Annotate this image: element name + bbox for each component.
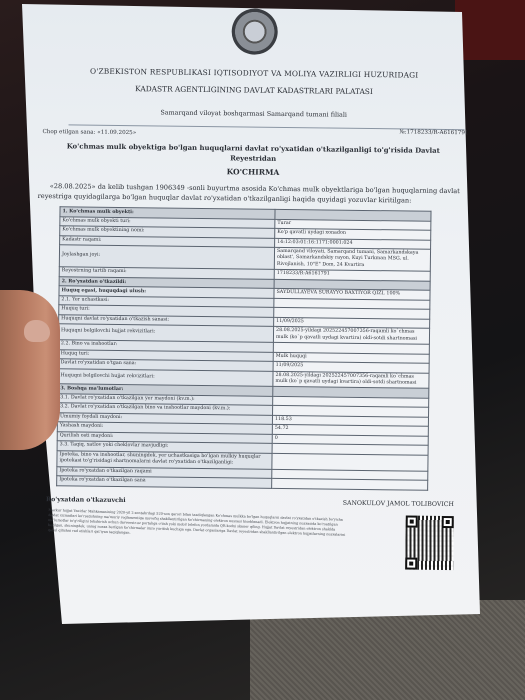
document-number: №:1718233/R-A6161791 (399, 129, 468, 140)
ministry-heading: O'ZBEKISTON RESPUBLIKASI IQTISODIYOT VA … (39, 66, 469, 80)
holding-thumb (0, 290, 60, 450)
row-value: 28.08.2025-yildagi 202522457007356-raqam… (273, 327, 429, 345)
agency-heading: KADASTR AGENTLIGINING DAVLAT KADASTRLARI… (39, 83, 469, 97)
legal-note: Mazkur hujjat Vazirlar Mahkamasining 202… (47, 508, 349, 572)
cadastre-extract-document: O'ZBEKISTON RESPUBLIKASI IQTISODIYOT VA … (33, 6, 470, 570)
row-label: Joylashgan joyi: (59, 245, 274, 270)
row-value (272, 453, 428, 471)
row-value: 28.08.2025-yildagi 202522457007356-raqam… (273, 371, 429, 389)
document-subtitle: KO'CHIRMA (38, 165, 468, 179)
row-value (272, 479, 428, 490)
document-title: Ko'chmas mulk obyektiga bo'lgan huquqlar… (38, 141, 468, 166)
state-emblem-icon (231, 8, 278, 55)
signer-row: Ro'yxatdan o'tkazuvchi SANOKULOV JAMOL T… (46, 496, 454, 508)
footer: Mazkur hujjat Vazirlar Mahkamasining 202… (47, 511, 454, 570)
meta-row: Chop etilgan sana: «11.09.2025» №:171823… (38, 129, 468, 140)
signer-name: SANOKULOV JAMOL TOLIBOVICH (343, 499, 454, 507)
signer-label: Ro'yxatdan o'tkazuvchi (46, 496, 126, 504)
branch-heading: Samarqand viloyat boshqarmasi Samarqand … (39, 107, 469, 120)
row-value: Samarqand viloyati, Samarqand tumani, Sa… (274, 247, 430, 271)
row-label: Ipoteka ro'yxatdan o'tkazilgan sana (57, 476, 272, 488)
print-date: Chop etilgan sana: «11.09.2025» (42, 129, 136, 136)
qr-code-icon[interactable] (405, 515, 454, 570)
intro-paragraph: «28.08.2025» da kelib tushgan 1906349 -s… (38, 182, 468, 206)
registry-table: 1. Ko'chmas mulk obyekti:Ko'chmas mulk o… (56, 206, 431, 490)
